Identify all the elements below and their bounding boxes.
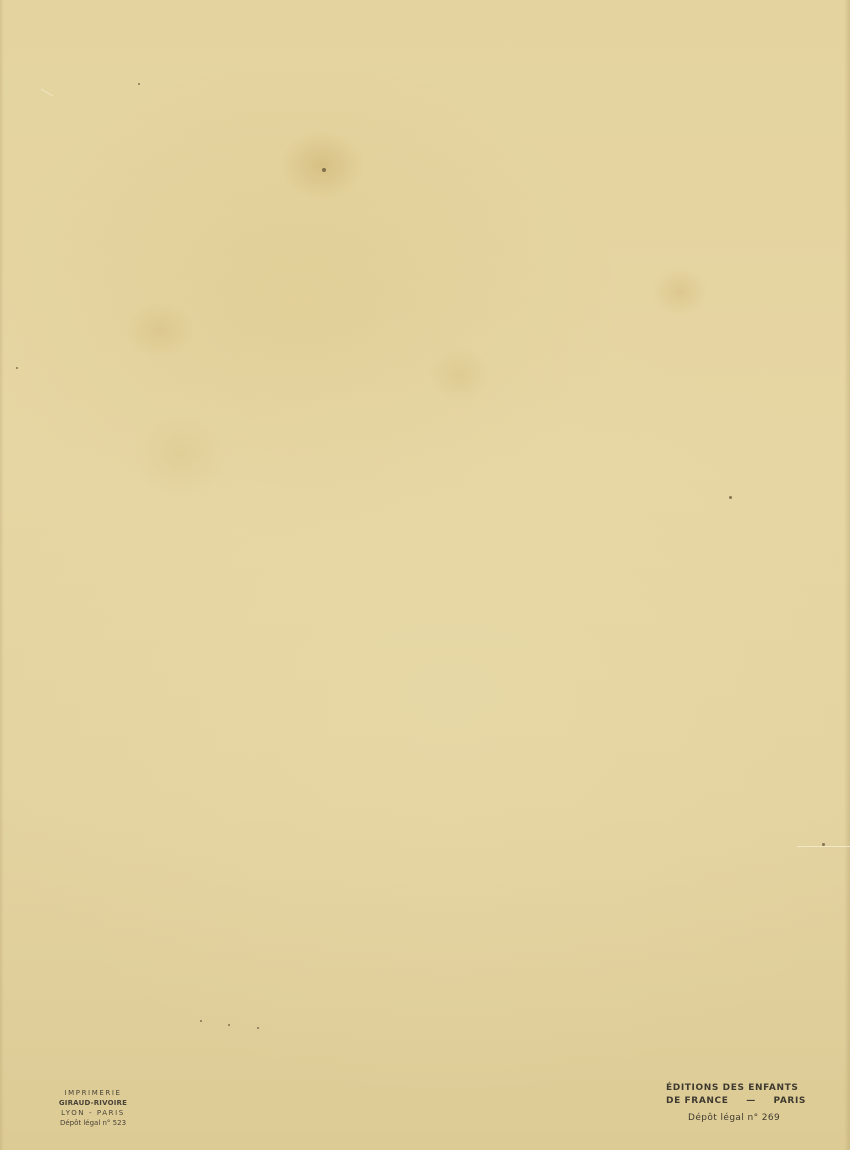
paper-speck bbox=[138, 83, 140, 85]
publisher-legal-deposit: Dépôt légal n° 269 bbox=[666, 1113, 806, 1123]
publisher-block: ÉDITIONS DES ENFANTS DE FRANCE — PARIS D… bbox=[666, 1082, 806, 1123]
imprint-line-3: LYON - PARIS bbox=[56, 1108, 130, 1118]
imprint-legal-deposit: Dépôt légal n° 523 bbox=[56, 1118, 130, 1128]
paper-speck bbox=[228, 1024, 230, 1026]
paper-speck bbox=[257, 1027, 259, 1029]
back-cover-page: IMPRIMERIE GIRAUD-RIVOIRE LYON - PARIS D… bbox=[0, 0, 850, 1150]
imprint-line-2: GIRAUD-RIVOIRE bbox=[56, 1098, 130, 1108]
page-left-edge bbox=[0, 0, 4, 1150]
page-right-edge bbox=[844, 0, 850, 1150]
paper-crease bbox=[41, 89, 54, 97]
publisher-dash: — bbox=[746, 1095, 756, 1108]
paper-speck bbox=[200, 1020, 202, 1022]
publisher-line-1: ÉDITIONS DES ENFANTS bbox=[666, 1082, 806, 1095]
paper-crease bbox=[797, 846, 850, 847]
imprint-line-1: IMPRIMERIE bbox=[56, 1088, 130, 1098]
paper-speck bbox=[322, 168, 326, 172]
paper-speck bbox=[729, 496, 732, 499]
publisher-city: PARIS bbox=[774, 1095, 807, 1108]
paper-speck bbox=[16, 367, 18, 369]
printer-imprint: IMPRIMERIE GIRAUD-RIVOIRE LYON - PARIS D… bbox=[56, 1088, 130, 1128]
publisher-line-2: DE FRANCE — PARIS bbox=[666, 1095, 806, 1108]
publisher-country: DE FRANCE bbox=[666, 1095, 728, 1108]
